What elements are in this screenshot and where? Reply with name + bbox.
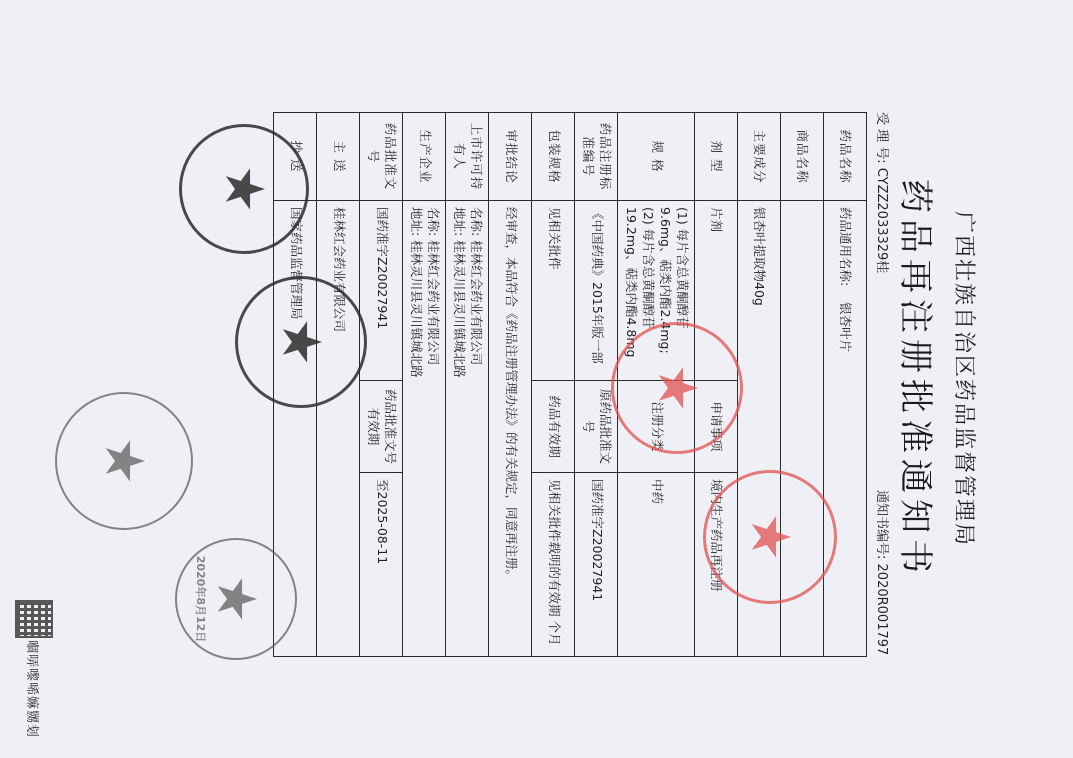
validity-value: 见相关批件载明的有效期 个月 bbox=[532, 473, 575, 657]
manufacturer-address: 地址: 桂林灵川县灵川镇城北路 bbox=[408, 207, 425, 650]
red-company-seal-2: ★ bbox=[611, 322, 743, 454]
approval-validity-value: 至2025-08-11 bbox=[360, 473, 403, 657]
packaging-value: 见相关批件 bbox=[532, 201, 575, 381]
mah-label: 上市许可持有人 bbox=[446, 113, 489, 201]
mah-value: 名称: 桂林红会药业有限公司 地址: 桂林灵川县灵川镇城北路 bbox=[446, 201, 489, 657]
acceptance-number-value: CYZZ2033329桂 bbox=[874, 168, 889, 274]
star-icon: ★ bbox=[743, 513, 797, 561]
acceptance-number: 受 理 号: CYZZ2033329桂 bbox=[874, 112, 893, 273]
original-approval-value: 国药准字Z20027941 bbox=[575, 473, 618, 657]
notice-number-value: 2020R001797 bbox=[874, 564, 889, 656]
table-row: 包装规格 见相关批件 药品有效期 见相关批件载明的有效期 个月 bbox=[532, 113, 575, 657]
qr-code[interactable] bbox=[15, 600, 53, 638]
packaging-label: 包装规格 bbox=[532, 113, 575, 201]
star-icon: ★ bbox=[209, 575, 263, 623]
grey-company-seal: ★ bbox=[55, 392, 193, 530]
generic-name-value: 银杏叶片 bbox=[838, 302, 853, 352]
qr-caption: 嗰哢嚟唏嫲嬲刬 bbox=[24, 640, 43, 738]
conclusion-value: 经审查，本品符合《药品注册管理办法》的有关规定，同意再注册。 bbox=[489, 201, 532, 657]
dosage-form-label: 剂 型 bbox=[695, 113, 738, 201]
approval-number-label: 药品批准文号 bbox=[360, 113, 403, 201]
notice-page: 广西壮族自治区药品监督管理局 药品再注册批准通知书 受 理 号: CYZZ203… bbox=[0, 0, 1073, 758]
star-icon: ★ bbox=[217, 165, 271, 213]
main-ingredient-label: 主要成分 bbox=[738, 113, 781, 201]
mah-name: 名称: 桂林红会药业有限公司 bbox=[468, 207, 485, 650]
trade-name-label: 商品名称 bbox=[781, 113, 824, 201]
issuing-agency: 广西壮族自治区药品监督管理局 bbox=[950, 0, 981, 758]
table-row: 药品批准文号 国药准字Z20027941 药品批准文号有效期 至2025-08-… bbox=[360, 113, 403, 657]
main-recipient-value: 桂林红会药业有限公司 bbox=[317, 201, 360, 657]
red-company-seal-1: ★ bbox=[703, 470, 837, 604]
standard-number-label: 药品注册标准编号 bbox=[575, 113, 618, 201]
black-company-seal-2: ★ bbox=[235, 276, 367, 408]
star-icon: ★ bbox=[97, 437, 151, 485]
manufacturer-name: 名称: 桂林红会药业有限公司 bbox=[425, 207, 442, 650]
validity-label: 药品有效期 bbox=[532, 381, 575, 473]
official-agency-seal: ★ 2020年8月12日 bbox=[175, 538, 297, 660]
acceptance-number-label: 受 理 号: bbox=[874, 112, 889, 164]
manufacturer-label: 生产企业 bbox=[403, 113, 446, 201]
table-row: 药品名称 药品通用名称: 银杏叶片 bbox=[824, 113, 867, 657]
black-company-seal-1: ★ bbox=[179, 124, 309, 254]
seal-date: 2020年8月12日 bbox=[193, 540, 209, 658]
main-recipient-label: 主 送 bbox=[317, 113, 360, 201]
notice-number-label: 通知书编号: bbox=[874, 490, 889, 559]
notice-number: 通知书编号: 2020R001797 bbox=[874, 490, 893, 655]
mah-address: 地址: 桂林灵川县灵川镇城北路 bbox=[451, 207, 468, 650]
table-row: 上市许可持有人 名称: 桂林红会药业有限公司 地址: 桂林灵川县灵川镇城北路 bbox=[446, 113, 489, 657]
document-title: 药品再注册批准通知书 bbox=[894, 0, 943, 758]
approval-validity-label: 药品批准文号有效期 bbox=[360, 381, 403, 473]
generic-name: 药品通用名称: 银杏叶片 bbox=[824, 201, 867, 657]
specification-label: 规 格 bbox=[618, 113, 695, 201]
star-icon: ★ bbox=[274, 318, 328, 366]
conclusion-label: 审批结论 bbox=[489, 113, 532, 201]
standard-number-value: 《中国药典》2015年版一部 bbox=[575, 201, 618, 381]
table-row: 生产企业 名称: 桂林红会药业有限公司 地址: 桂林灵川县灵川镇城北路 bbox=[403, 113, 446, 657]
manufacturer-value: 名称: 桂林红会药业有限公司 地址: 桂林灵川县灵川镇城北路 bbox=[403, 201, 446, 657]
drug-name-label: 药品名称 bbox=[824, 113, 867, 201]
registration-category-value: 中药 bbox=[618, 473, 695, 657]
star-icon: ★ bbox=[650, 364, 704, 412]
table-row: 审批结论 经审查，本品符合《药品注册管理办法》的有关规定，同意再注册。 bbox=[489, 113, 532, 657]
approval-number-value: 国药准字Z20027941 bbox=[360, 201, 403, 381]
